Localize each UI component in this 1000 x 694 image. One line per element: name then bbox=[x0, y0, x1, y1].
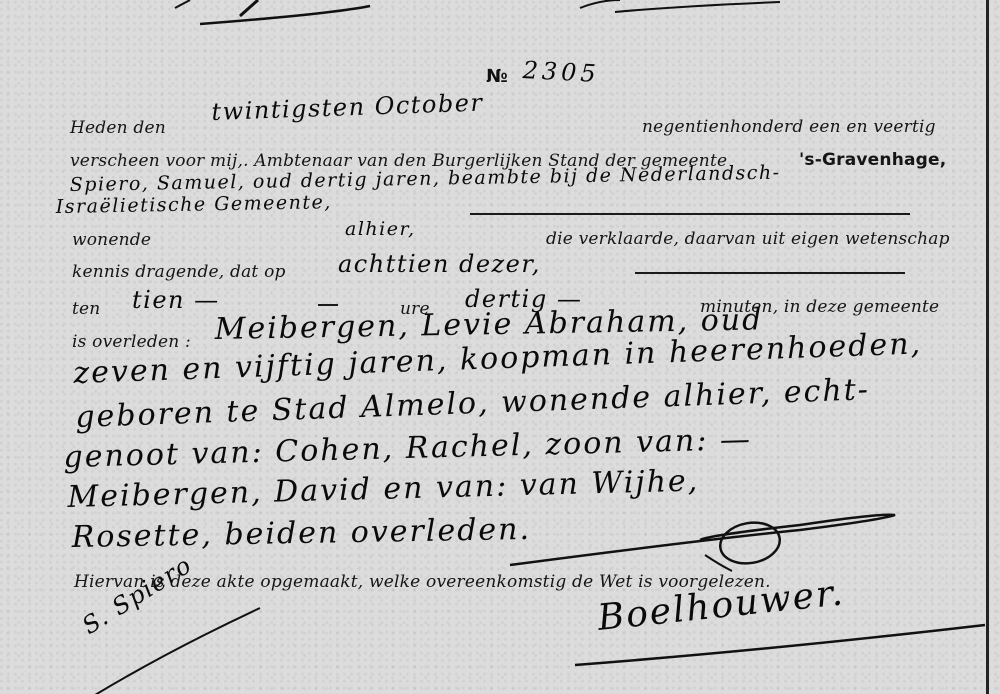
printed-wonende: wonende bbox=[72, 230, 151, 250]
page-border-line bbox=[986, 0, 989, 694]
printed-heden-den: Heden den bbox=[70, 118, 166, 138]
printed-kennis-dragende: kennis dragende, dat op bbox=[72, 262, 286, 282]
closing-flourish bbox=[500, 495, 940, 575]
hour-dash bbox=[318, 304, 338, 306]
certificate-number-label: № bbox=[486, 66, 508, 87]
handwritten-residence: alhier, bbox=[345, 218, 416, 240]
printed-year: negentienhonderd een en veertig bbox=[642, 117, 936, 137]
previous-record-strokes bbox=[80, 0, 780, 30]
fill-line-death-date bbox=[635, 272, 905, 274]
handwritten-hour: tien — bbox=[132, 286, 220, 314]
handwritten-death-date: achttien dezer, bbox=[338, 250, 541, 278]
fill-line-declarant bbox=[470, 213, 910, 215]
printed-is-overleden: is overleden : bbox=[72, 332, 191, 352]
signature-official-underline bbox=[570, 620, 990, 670]
handwritten-date-day: twintigsten October bbox=[211, 89, 484, 126]
handwritten-deceased-line6: Rosette, beiden overleden. bbox=[71, 512, 531, 555]
certificate-number: 2305 bbox=[522, 56, 600, 88]
signature-declarant-underline bbox=[90, 600, 270, 694]
printed-municipality: 's-Gravenhage, bbox=[799, 150, 946, 170]
printed-ten: ten bbox=[72, 299, 100, 319]
handwritten-declarant-line2: Israëlietische Gemeente, bbox=[56, 191, 332, 218]
printed-die-verklaarde: die verklaarde, daarvan uit eigen wetens… bbox=[546, 229, 950, 249]
death-certificate-page: № 2305 Heden den twintigsten October neg… bbox=[0, 0, 1000, 694]
